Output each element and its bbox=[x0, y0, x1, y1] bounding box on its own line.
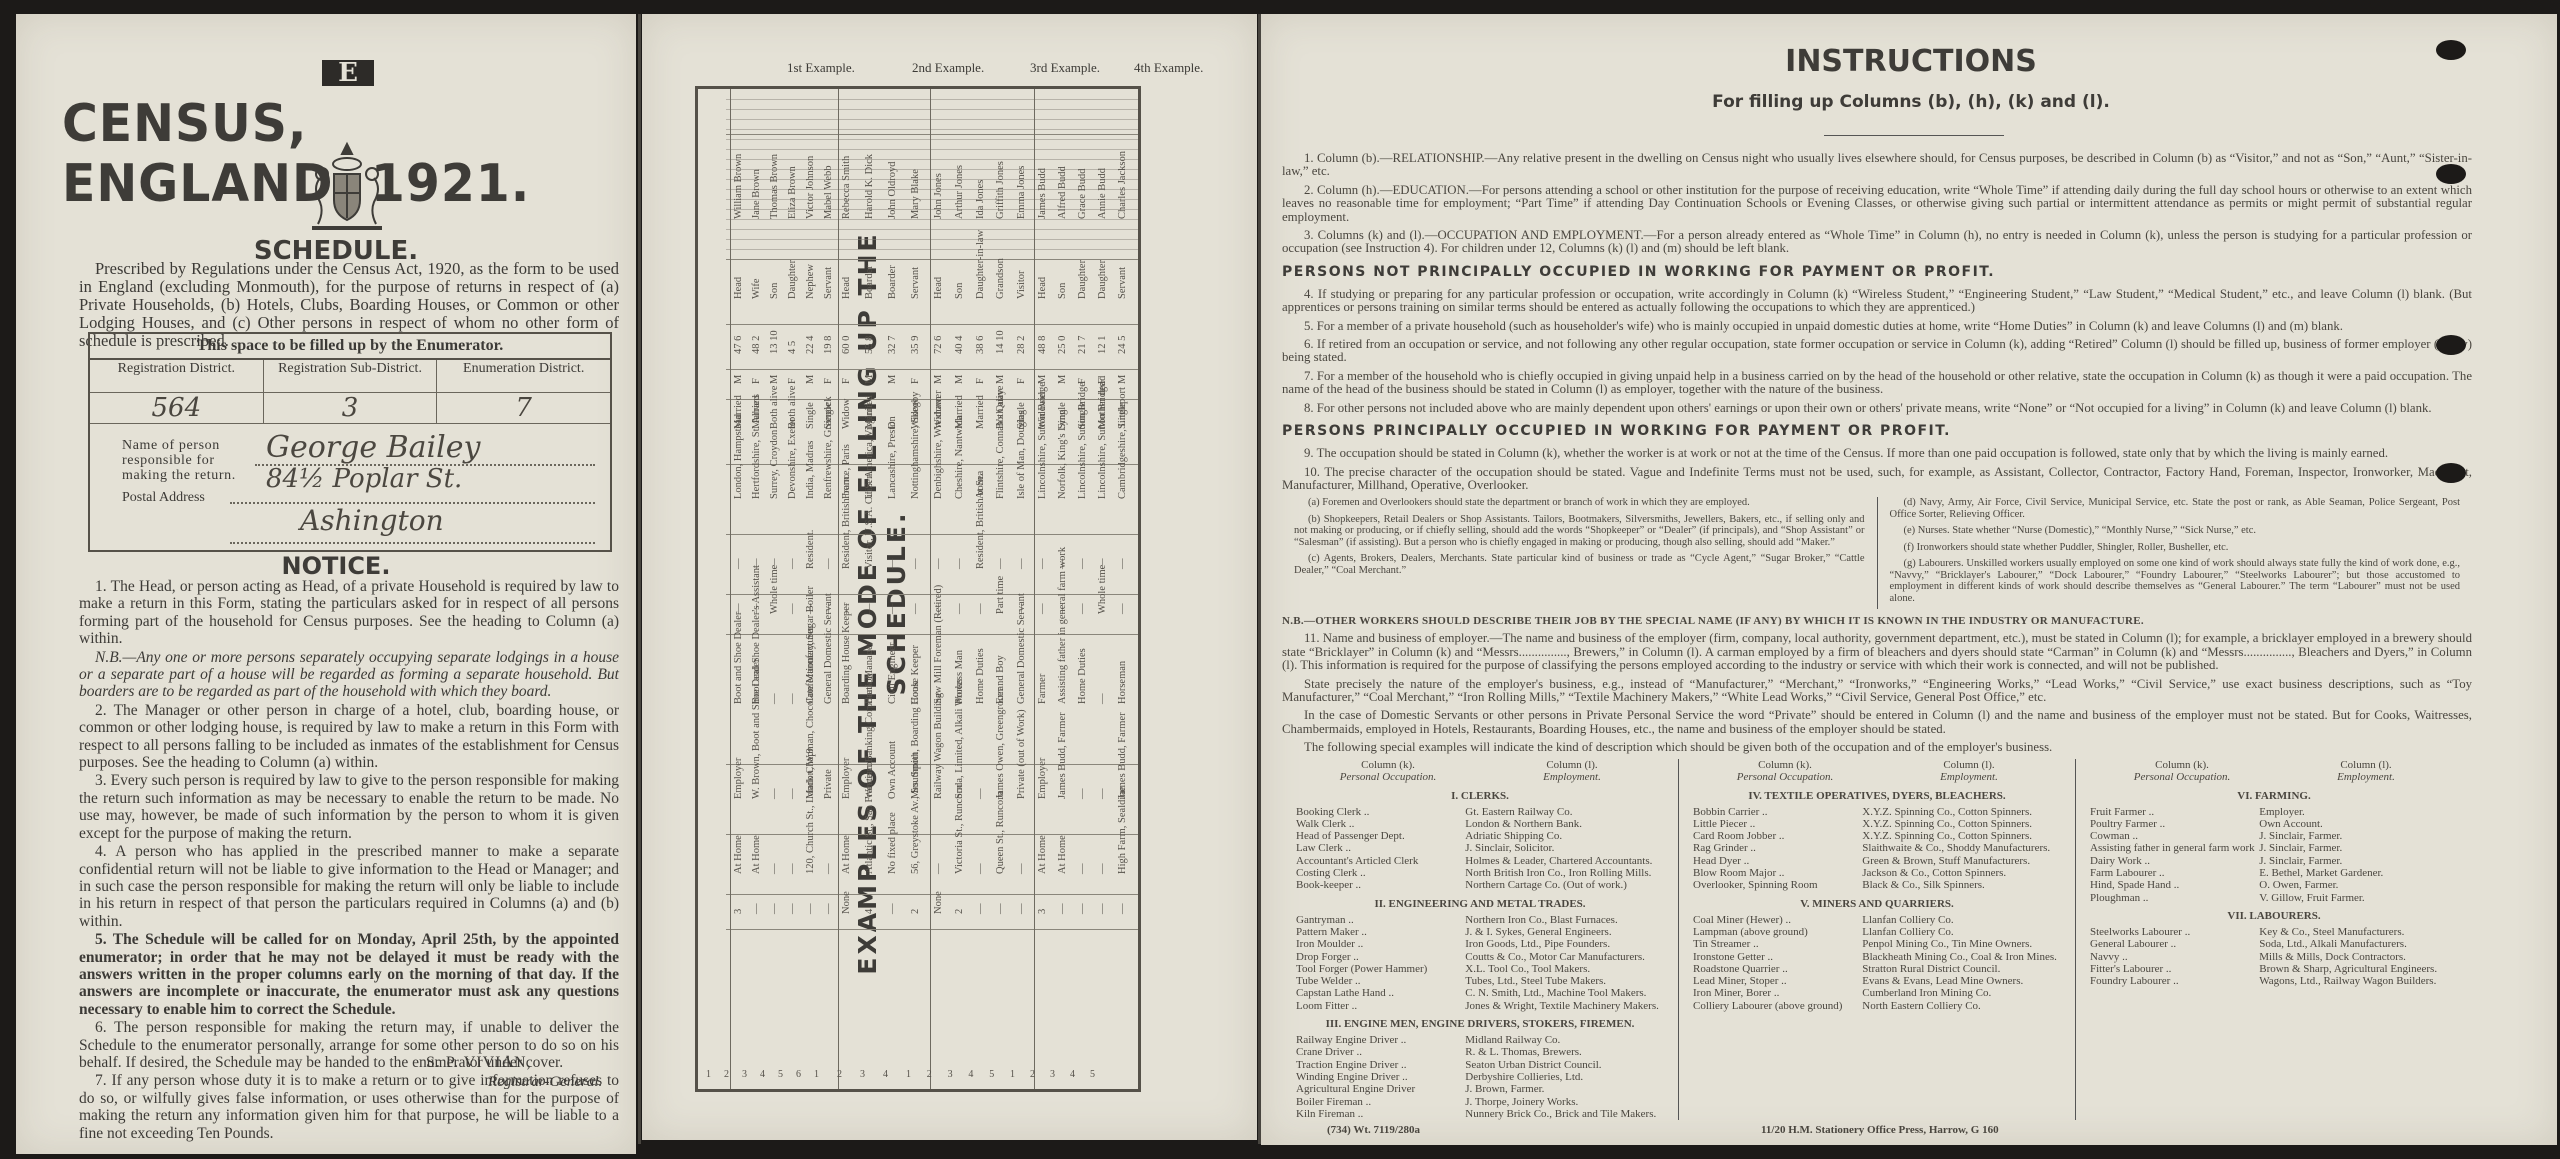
print-code: (734) Wt. 7119/280a bbox=[1327, 1124, 1420, 1136]
punch-hole-icon bbox=[2436, 164, 2466, 184]
child-age-rule bbox=[726, 129, 1138, 130]
employment: Employer. bbox=[2259, 806, 2458, 818]
employment: X.Y.Z. Spinning Co., Cotton Spinners. bbox=[1862, 830, 2061, 842]
example-cell-birth: Devonshire, Exeter bbox=[788, 439, 799, 499]
registration-district-field[interactable]: 564 bbox=[90, 393, 264, 423]
child-age-rule bbox=[726, 149, 1138, 150]
child-age-rule bbox=[726, 99, 1138, 100]
responsible-person-label: Name of person responsible for making th… bbox=[122, 438, 252, 483]
employment: Coutts & Co., Motor Car Manufacturers. bbox=[1465, 951, 1664, 963]
example-cell-children: 3 bbox=[734, 854, 745, 914]
example-divider bbox=[1034, 89, 1035, 1089]
example-cell-children: — bbox=[1118, 854, 1129, 914]
instruction-3: 3. Columns (k) and (l).—OCCUPATION AND E… bbox=[1282, 229, 2472, 256]
personal-occupation: Walk Clerk .. bbox=[1296, 818, 1465, 830]
example-cell-children: — bbox=[1058, 854, 1069, 914]
example-cell-rel: Daughter bbox=[1098, 239, 1109, 299]
instructions-body: 1. Column (b).—RELATIONSHIP.—Any relativ… bbox=[1282, 152, 2472, 760]
personal-occupation: Iron Moulder .. bbox=[1296, 938, 1465, 950]
example-cell-birth: Lincolnshire, Sutton Bridge bbox=[1098, 439, 1109, 499]
employment: Seaton Urban District Council. bbox=[1465, 1059, 1664, 1071]
example-cell-name: John Jones bbox=[934, 159, 945, 219]
section-occupied-heading: PERSONS PRINCIPALLY OCCUPIED IN WORKING … bbox=[1282, 423, 2472, 439]
example-divider bbox=[930, 89, 931, 1089]
example-cell-emp: — bbox=[1098, 739, 1109, 799]
example-cell-birth: London, Hampstead bbox=[734, 439, 745, 499]
personal-occupation: Rag Grinder .. bbox=[1693, 842, 1862, 854]
employment: J. Brown, Farmer. bbox=[1465, 1083, 1664, 1095]
personal-occupation: Book-keeper .. bbox=[1296, 879, 1465, 891]
example-label-1: 1st Example. bbox=[787, 60, 855, 76]
column-k-heading: Column (k).Personal Occupation. bbox=[1693, 759, 1877, 784]
royal-coat-of-arms-icon bbox=[306, 138, 388, 238]
fold-line-left bbox=[638, 14, 641, 1144]
example-cell-birth: Cheshire, Nantwich bbox=[955, 439, 966, 499]
occupation-group-title: VI. FARMING. bbox=[2090, 790, 2458, 802]
employment: J. Sinclair, Farmer. bbox=[2259, 830, 2458, 842]
employment: O. Owen, Farmer. bbox=[2259, 879, 2458, 891]
example-cell-mar: Married bbox=[976, 369, 987, 429]
example-cell-school: — bbox=[911, 554, 922, 614]
occupation-example-row: Winding Engine Driver ..Derbyshire Colli… bbox=[1296, 1071, 1664, 1083]
example-cell-emp: — bbox=[770, 739, 781, 799]
row-number: 3 bbox=[860, 1069, 865, 1080]
occupation-example-row: Rag Grinder ..Slaithwaite & Co., Shoddy … bbox=[1693, 842, 2061, 854]
instruction-4: 4. If studying or preparing for any part… bbox=[1282, 288, 2472, 315]
occupation-example-row: Ironstone Getter ..Blackheath Mining Co.… bbox=[1693, 951, 2061, 963]
example-cell-rel: Servant bbox=[1118, 239, 1129, 299]
employment: North Eastern Colliery Co. bbox=[1862, 1000, 2061, 1012]
example-cell-school: — bbox=[976, 554, 987, 614]
punch-hole-icon bbox=[2436, 463, 2466, 483]
occupation-group-title: VII. LABOURERS. bbox=[2090, 910, 2458, 922]
employment: Midland Railway Co. bbox=[1465, 1034, 1664, 1046]
example-cell-name: Arthur Jones bbox=[955, 159, 966, 219]
employment: Llanfan Colliery Co. bbox=[1862, 926, 2061, 938]
example-cell-occ: Home Duties bbox=[976, 644, 987, 704]
occupation-example-row: Hind, Spade Hand ..O. Owen, Farmer. bbox=[2090, 879, 2458, 891]
personal-occupation: Pattern Maker .. bbox=[1296, 926, 1465, 938]
occupation-group-title: I. CLERKS. bbox=[1296, 790, 1664, 802]
example-cell-name: Jane Brown bbox=[752, 159, 763, 219]
personal-occupation: Fruit Farmer .. bbox=[2090, 806, 2259, 818]
example-cell-name: John Oldroyd bbox=[888, 159, 899, 219]
subclause-a: (a) Foremen and Overlookers should state… bbox=[1294, 497, 1865, 509]
example-cell-rel: Boarder bbox=[865, 239, 876, 299]
employment: R. & L. Thomas, Brewers. bbox=[1465, 1046, 1664, 1058]
employment: J. Thorpe, Joinery Works. bbox=[1465, 1096, 1664, 1108]
example-cell-emp: Employer bbox=[842, 739, 853, 799]
occupation-example-row: Foundry Labourer ..Wagons, Ltd., Railway… bbox=[2090, 975, 2458, 987]
personal-occupation: Loom Fitter .. bbox=[1296, 1000, 1465, 1012]
example-cell-birth: Denbighshire, Wrexham bbox=[934, 439, 945, 499]
instruction-10-subclauses: (a) Foremen and Overlookers should state… bbox=[1282, 497, 2472, 609]
occupation-example-row: Drop Forger ..Coutts & Co., Motor Car Ma… bbox=[1296, 951, 1664, 963]
personal-occupation: Dairy Work .. bbox=[2090, 855, 2259, 867]
occupation-example-row: Head of Passenger Dept.Adriatic Shipping… bbox=[1296, 830, 1664, 842]
occupation-example-row: Fitter's Labourer ..Brown & Sharp, Agric… bbox=[2090, 963, 2458, 975]
example-cell-emp: James Budd, Farmer bbox=[1058, 739, 1069, 799]
personal-occupation: Gantryman .. bbox=[1296, 914, 1465, 926]
instructions-heading: INSTRUCTIONS bbox=[1561, 44, 2261, 79]
personal-occupation: Accountant's Articled Clerk bbox=[1296, 855, 1465, 867]
notice-list: 1. The Head, or person acting as Head, o… bbox=[79, 578, 619, 1143]
example-cell-emp: — bbox=[976, 739, 987, 799]
row-number: 3 bbox=[742, 1069, 747, 1080]
occupation-example-row: Railway Engine Driver ..Midland Railway … bbox=[1296, 1034, 1664, 1046]
example-cell-name: Emma Jones bbox=[1017, 159, 1028, 219]
example-cell-birth: Lincolnshire, Sutton Bridge bbox=[1038, 439, 1049, 499]
occupation-example-row: Iron Miner, Borer ..Cumberland Iron Mini… bbox=[1693, 987, 2061, 999]
example-cell-rel: Daughter-in-law bbox=[976, 239, 987, 299]
personal-occupation: Ploughman .. bbox=[2090, 892, 2259, 904]
example-cell-children: — bbox=[976, 854, 987, 914]
personal-occupation: Hind, Spade Hand .. bbox=[2090, 879, 2259, 891]
occupation-example-row: Iron Moulder ..Iron Goods, Ltd., Pipe Fo… bbox=[1296, 938, 1664, 950]
occupation-example-row: Steelworks Labourer ..Key & Co., Steel M… bbox=[2090, 926, 2458, 938]
example-cell-rel: Nephew bbox=[806, 239, 817, 299]
occupation-example-row: Crane Driver ..R. & L. Thomas, Brewers. bbox=[1296, 1046, 1664, 1058]
example-cell-rel: Daughter bbox=[788, 239, 799, 299]
example-cell-occ: General Domestic Servant bbox=[1017, 644, 1028, 704]
enumeration-district-field[interactable]: 7 bbox=[437, 393, 610, 423]
occupation-example-row: Gantryman ..Northern Iron Co., Blast Fur… bbox=[1296, 914, 1664, 926]
heading-rule bbox=[1824, 135, 2004, 136]
occupation-group-title: IV. TEXTILE OPERATIVES, DYERS, BLEACHERS… bbox=[1693, 790, 2061, 802]
occupation-example-row: Tin Streamer ..Penpol Mining Co., Tin Mi… bbox=[1693, 938, 2061, 950]
child-age-rule bbox=[726, 119, 1138, 120]
child-age-rule bbox=[726, 139, 1138, 140]
postal-address-label: Postal Address bbox=[122, 490, 205, 506]
example-cell-children: 3 bbox=[1038, 854, 1049, 914]
column-l-heading: Column (l).Employment. bbox=[2274, 759, 2458, 784]
subclause-b: (b) Shopkeepers, Retail Dealers or Shop … bbox=[1294, 514, 1865, 549]
instruction-10: 10. The precise character of the occupat… bbox=[1282, 466, 2472, 493]
example-cell-school: — bbox=[865, 554, 876, 614]
employment: J. Sinclair, Farmer. bbox=[2259, 855, 2458, 867]
occupation-example-row: Tool Forger (Power Hammer)X.L. Tool Co.,… bbox=[1296, 963, 1664, 975]
subclause-d: (d) Navy, Army, Air Force, Civil Service… bbox=[1890, 497, 2461, 520]
example-cell-birth: Lincolnshire, Sutton Bridge bbox=[1078, 439, 1089, 499]
personal-occupation: Head Dyer .. bbox=[1693, 855, 1862, 867]
employment: Jones & Wright, Textile Machinery Makers… bbox=[1465, 1000, 1664, 1012]
occupation-examples: Column (k).Personal Occupation.Column (l… bbox=[1282, 759, 2472, 1120]
responsible-person-field[interactable]: George Bailey bbox=[266, 430, 480, 465]
employment: X.Y.Z. Spinning Co., Cotton Spinners. bbox=[1862, 806, 2061, 818]
row-number: 4 bbox=[883, 1069, 888, 1080]
employment: Cumberland Iron Mining Co. bbox=[1862, 987, 2061, 999]
employment: London & Northern Bank. bbox=[1465, 818, 1664, 830]
instruction-9: 9. The occupation should be stated in Co… bbox=[1282, 447, 2472, 460]
employment: Own Account. bbox=[2259, 818, 2458, 830]
personal-occupation: Lampman (above ground) bbox=[1693, 926, 1862, 938]
example-cell-emp: Own Account bbox=[888, 739, 899, 799]
employment: Tubes, Ltd., Steel Tube Makers. bbox=[1465, 975, 1664, 987]
example-cell-rel: Son bbox=[1058, 239, 1069, 299]
employment: Northern Cartage Co. (Out of work.) bbox=[1465, 879, 1664, 891]
employment: Nunnery Brick Co., Brick and Tile Makers… bbox=[1465, 1108, 1664, 1120]
example-cell-birth: Isle of Man, Douglas bbox=[1017, 439, 1028, 499]
example-cell-school: — bbox=[734, 554, 745, 614]
occupation-example-row: Law Clerk ..J. Sinclair, Solicitor. bbox=[1296, 842, 1664, 854]
employment: Penpol Mining Co., Tin Mine Owners. bbox=[1862, 938, 2061, 950]
employment: X.Y.Z. Spinning Co., Cotton Spinners. bbox=[1862, 818, 2061, 830]
example-cell-birth: Surrey, Croydon bbox=[770, 439, 781, 499]
personal-occupation: Head of Passenger Dept. bbox=[1296, 830, 1465, 842]
personal-occupation: General Labourer .. bbox=[2090, 938, 2259, 950]
row-number: 1 bbox=[814, 1069, 819, 1080]
example-cell-name: Mary Blake bbox=[911, 159, 922, 219]
example-cell-rel: Son bbox=[770, 239, 781, 299]
occupation-example-row: Book-keeper ..Northern Cartage Co. (Out … bbox=[1296, 879, 1664, 891]
example-cell-occ: Civil Engineer bbox=[888, 644, 899, 704]
personal-occupation: Card Room Jobber .. bbox=[1693, 830, 1862, 842]
personal-occupation: Lead Miner, Stoper .. bbox=[1693, 975, 1862, 987]
occupation-group-title: II. ENGINEERING AND METAL TRADES. bbox=[1296, 898, 1664, 910]
table-rule bbox=[726, 634, 1138, 635]
example-cell-birth: Renfrewshire, Greenock bbox=[824, 439, 835, 499]
example-divider bbox=[838, 89, 839, 1089]
notice-item-3: 3. Every such person is required by law … bbox=[79, 772, 619, 842]
occupation-group-title: III. ENGINE MEN, ENGINE DRIVERS, STOKERS… bbox=[1296, 1018, 1664, 1030]
subclause-e: (e) Nurses. State whether “Nurse (Domest… bbox=[1890, 525, 2461, 537]
example-cell-rel: Servant bbox=[824, 239, 835, 299]
examples-panel: EXAMPLES OF THE MODE OF FILLING UP THE S… bbox=[642, 14, 1257, 1140]
employment: Iron Goods, Ltd., Pipe Founders. bbox=[1465, 938, 1664, 950]
example-cell-name: Harold K. Dick bbox=[865, 159, 876, 219]
postal-address-line2-field[interactable]: Ashington bbox=[300, 504, 444, 537]
employment: Evans & Evans, Lead Mine Owners. bbox=[1862, 975, 2061, 987]
occupation-example-row: Accountant's Articled ClerkHolmes & Lead… bbox=[1296, 855, 1664, 867]
example-cell-occ: Home Duties bbox=[1078, 644, 1089, 704]
occupation-example-row: Roadstone Quarrier ..Stratton Rural Dist… bbox=[1693, 963, 2061, 975]
example-cell-school: — bbox=[888, 554, 899, 614]
example-cell-birth: India, Madras bbox=[806, 439, 817, 499]
occupation-example-row: Head Dyer ..Green & Brown, Stuff Manufac… bbox=[1693, 855, 2061, 867]
personal-occupation: Coal Miner (Hewer) .. bbox=[1693, 914, 1862, 926]
row-number: 2 bbox=[927, 1069, 932, 1080]
employment: Brown & Sharp, Agricultural Engineers. bbox=[2259, 963, 2458, 975]
occupation-example-row: Overlooker, Spinning RoomBlack & Co., Si… bbox=[1693, 879, 2061, 891]
example-cell-occ: — bbox=[770, 644, 781, 704]
instructions-panel: INSTRUCTIONS For filling up Columns (b),… bbox=[1261, 14, 2557, 1145]
occupation-example-row: Walk Clerk ..London & Northern Bank. bbox=[1296, 818, 1664, 830]
personal-occupation: Costing Clerk .. bbox=[1296, 867, 1465, 879]
personal-occupation: Booking Clerk .. bbox=[1296, 806, 1465, 818]
occupation-example-row: Ploughman ..V. Gillow, Fruit Farmer. bbox=[2090, 892, 2458, 904]
occupation-group-title: V. MINERS AND QUARRIERS. bbox=[1693, 898, 2061, 910]
signatory-title: Registrar-General. bbox=[488, 1074, 602, 1091]
example-cell-emp: Employer bbox=[1038, 739, 1049, 799]
example-cell-occ: Farmer bbox=[1038, 644, 1049, 704]
row-number: 4 bbox=[968, 1069, 973, 1080]
examples-table: 1William BrownHead47 6MMarriedLondon, Ha… bbox=[695, 86, 1141, 1092]
example-cell-mar: Widow bbox=[842, 369, 853, 429]
row-number: 4 bbox=[760, 1069, 765, 1080]
personal-occupation: Drop Forger .. bbox=[1296, 951, 1465, 963]
occupation-example-row: Capstan Lathe Hand ..C. N. Smith, Ltd., … bbox=[1296, 987, 1664, 999]
example-cell-children: None bbox=[842, 854, 853, 914]
column-k-heading: Column (k).Personal Occupation. bbox=[1296, 759, 1480, 784]
address-dotted-line-2 bbox=[230, 542, 595, 544]
example-cell-name: Charles Jackson bbox=[1118, 159, 1129, 219]
example-cell-children: — bbox=[806, 854, 817, 914]
column-l-heading: Column (l).Employment. bbox=[1480, 759, 1664, 784]
notice-item-6: 6. The person responsible for making the… bbox=[79, 1019, 619, 1071]
child-age-rule bbox=[726, 229, 1138, 230]
example-cell-rel: Daughter bbox=[1078, 239, 1089, 299]
employment: Wagons, Ltd., Railway Wagon Builders. bbox=[2259, 975, 2458, 987]
row-number: 1 bbox=[906, 1069, 911, 1080]
example-cell-children: — bbox=[824, 854, 835, 914]
personal-occupation: Steelworks Labourer .. bbox=[2090, 926, 2259, 938]
occupation-example-row: Costing Clerk ..North British Iron Co., … bbox=[1296, 867, 1664, 879]
employment: J. & I. Sykes, General Engineers. bbox=[1465, 926, 1664, 938]
form-letter-badge: E bbox=[322, 60, 374, 86]
row-number: 1 bbox=[706, 1069, 711, 1080]
occupation-example-row: General Labourer ..Soda, Ltd., Alkali Ma… bbox=[2090, 938, 2458, 950]
employment: J. Sinclair, Solicitor. bbox=[1465, 842, 1664, 854]
example-cell-rel: Head bbox=[842, 239, 853, 299]
employment: Holmes & Leader, Chartered Accountants. bbox=[1465, 855, 1664, 867]
example-labels: 1st Example. 2nd Example. 3rd Example. 4… bbox=[742, 60, 1242, 84]
signatory-name: S. P. VIVIAN, bbox=[426, 1054, 532, 1072]
example-cell-emp: Railway Wagon Building bbox=[934, 739, 945, 799]
registration-district-label: Registration District. bbox=[90, 360, 264, 392]
personal-occupation: Ironstone Getter .. bbox=[1693, 951, 1862, 963]
example-cell-rel: Head bbox=[1038, 239, 1049, 299]
instruction-6: 6. If retired from an occupation or serv… bbox=[1282, 338, 2472, 365]
example-cell-emp: James Owen, Greengrocer bbox=[996, 739, 1007, 799]
personal-occupation: Assisting father in general farm work bbox=[2090, 842, 2259, 854]
row-number: 6 bbox=[796, 1069, 801, 1080]
employment: Green & Brown, Stuff Manufacturers. bbox=[1862, 855, 2061, 867]
postal-address-line1-field[interactable]: 84½ Poplar St. bbox=[266, 464, 462, 494]
personal-occupation: Blow Room Major .. bbox=[1693, 867, 1862, 879]
employment: Derbyshire Collieries, Ltd. bbox=[1465, 1071, 1664, 1083]
example-cell-rel: Head bbox=[734, 239, 745, 299]
child-age-rule bbox=[726, 219, 1138, 220]
instruction-2: 2. Column (h).—EDUCATION.—For persons at… bbox=[1282, 184, 2472, 224]
example-cell-birth: Flintshire, Connah's Quay bbox=[996, 439, 1007, 499]
example-cell-children: — bbox=[770, 854, 781, 914]
row-number: 2 bbox=[724, 1069, 729, 1080]
occupation-example-row: Fruit Farmer ..Employer. bbox=[2090, 806, 2458, 818]
example-cell-children: — bbox=[888, 854, 899, 914]
employment: Soda, Ltd., Alkali Manufacturers. bbox=[2259, 938, 2458, 950]
occupation-example-row: Navvy ..Mills & Mills, Dock Contractors. bbox=[2090, 951, 2458, 963]
example-cell-children: — bbox=[1078, 854, 1089, 914]
occupation-example-row: Loom Fitter ..Jones & Wright, Textile Ma… bbox=[1296, 1000, 1664, 1012]
example-label-2: 2nd Example. bbox=[912, 60, 984, 76]
row-number: 5 bbox=[778, 1069, 783, 1080]
employment: Llanfan Colliery Co. bbox=[1862, 914, 2061, 926]
employment: Key & Co., Steel Manufacturers. bbox=[2259, 926, 2458, 938]
personal-occupation: Boiler Fireman .. bbox=[1296, 1096, 1465, 1108]
example-cell-name: James Budd bbox=[1038, 159, 1049, 219]
instruction-11-para-3: In the case of Domestic Servants or othe… bbox=[1282, 709, 2472, 736]
example-cell-birth: Lancashire, Preston bbox=[888, 439, 899, 499]
row-number: 1 bbox=[1010, 1069, 1015, 1080]
occupation-example-row: Assisting father in general farm workJ. … bbox=[2090, 842, 2458, 854]
instruction-11-para-4: The following special examples will indi… bbox=[1282, 741, 2472, 754]
example-cell-children: 2 bbox=[911, 854, 922, 914]
example-cell-rel: Wife bbox=[752, 239, 763, 299]
example-cell-emp: — bbox=[1078, 739, 1089, 799]
example-cell-birth: Nottinghamshire, Skegby bbox=[911, 439, 922, 499]
example-cell-children: — bbox=[788, 854, 799, 914]
example-cell-children: — bbox=[752, 854, 763, 914]
personal-occupation: Bobbin Carrier .. bbox=[1693, 806, 1862, 818]
personal-occupation: Railway Engine Driver .. bbox=[1296, 1034, 1465, 1046]
punch-hole-icon bbox=[2436, 40, 2466, 60]
notice-heading: NOTICE. bbox=[16, 552, 656, 580]
personal-occupation: Fitter's Labourer .. bbox=[2090, 963, 2259, 975]
example-label-4: 4th Example. bbox=[1134, 60, 1203, 76]
employment: North British Iron Co., Iron Rolling Mil… bbox=[1465, 867, 1664, 879]
example-cell-name: Victor Johnson bbox=[806, 159, 817, 219]
example-cell-name: Thomas Brown bbox=[770, 159, 781, 219]
instructions-subheading: For filling up Columns (b), (h), (k) and… bbox=[1561, 92, 2261, 112]
notice-nb: N.B.—Any one or more persons separately … bbox=[79, 649, 619, 701]
notice-item-5: 5. The Schedule will be called for on Mo… bbox=[79, 931, 619, 1018]
example-cell-rel: Boarder bbox=[888, 239, 899, 299]
instruction-8: 8. For other persons not included above … bbox=[1282, 402, 2472, 415]
occupation-example-row: Traction Engine Driver ..Seaton Urban Di… bbox=[1296, 1059, 1664, 1071]
example-cell-mar: Both alive bbox=[770, 369, 781, 429]
personal-occupation: Traction Engine Driver .. bbox=[1296, 1059, 1465, 1071]
example-cell-emp: Private (out of Work) bbox=[1017, 739, 1028, 799]
example-cell-rel: Head bbox=[934, 239, 945, 299]
personal-occupation: Poultry Farmer .. bbox=[2090, 818, 2259, 830]
employment: Northern Iron Co., Blast Furnaces. bbox=[1465, 914, 1664, 926]
examples-table-body: 1William BrownHead47 6MMarriedLondon, Ha… bbox=[698, 89, 1138, 1089]
personal-occupation: Crane Driver .. bbox=[1296, 1046, 1465, 1058]
example-cell-emp: Private bbox=[824, 739, 835, 799]
occupation-examples-col-2: Column (k).Personal Occupation.Column (l… bbox=[1678, 759, 2075, 1120]
example-cell-children: 4 bbox=[865, 854, 876, 914]
occupation-example-row: Boiler Fireman ..J. Thorpe, Joinery Work… bbox=[1296, 1096, 1664, 1108]
example-cell-rel: Servant bbox=[911, 239, 922, 299]
occupation-examples-col-1: Column (k).Personal Occupation.Column (l… bbox=[1282, 759, 1678, 1120]
example-cell-emp: Employer bbox=[734, 739, 745, 799]
personal-occupation: Cowman .. bbox=[2090, 830, 2259, 842]
instruction-1: 1. Column (b).—RELATIONSHIP.—Any relativ… bbox=[1282, 152, 2472, 179]
enumerator-box: This space to be filled up by the Enumer… bbox=[88, 332, 612, 552]
instruction-11: 11. Name and business of employer.—The n… bbox=[1282, 632, 2472, 672]
registration-sub-district-field[interactable]: 3 bbox=[264, 393, 438, 423]
employment: Mills & Mills, Dock Contractors. bbox=[2259, 951, 2458, 963]
personal-occupation: Tin Streamer .. bbox=[1693, 938, 1862, 950]
row-number: 5 bbox=[989, 1069, 994, 1080]
personal-occupation: Navvy .. bbox=[2090, 951, 2259, 963]
nb-special-name-line: N.B.—OTHER WORKERS SHOULD DESCRIBE THEIR… bbox=[1282, 615, 2472, 627]
column-k-heading: Column (k).Personal Occupation. bbox=[2090, 759, 2274, 784]
column-l-heading: Column (l).Employment. bbox=[1877, 759, 2061, 784]
employment: Adriatic Shipping Co. bbox=[1465, 830, 1664, 842]
personal-occupation: Iron Miner, Borer .. bbox=[1693, 987, 1862, 999]
example-cell-occ: Assisting father in general farm work bbox=[1058, 644, 1069, 704]
occupation-example-row: Poultry Farmer ..Own Account. bbox=[2090, 818, 2458, 830]
occupation-example-row: Dairy Work ..J. Sinclair, Farmer. bbox=[2090, 855, 2458, 867]
example-cell-school: Part time bbox=[996, 554, 1007, 614]
employment: Blackheath Mining Co., Coal & Iron Mines… bbox=[1862, 951, 2061, 963]
personal-occupation: Foundry Labourer .. bbox=[2090, 975, 2259, 987]
occupation-example-row: Blow Room Major ..Jackson & Co., Cotton … bbox=[1693, 867, 2061, 879]
registration-sub-district-label: Registration Sub-District. bbox=[264, 360, 438, 392]
employment: Jackson & Co., Cotton Spinners. bbox=[1862, 867, 2061, 879]
instruction-11-para-2: State precisely the nature of the employ… bbox=[1282, 678, 2472, 705]
